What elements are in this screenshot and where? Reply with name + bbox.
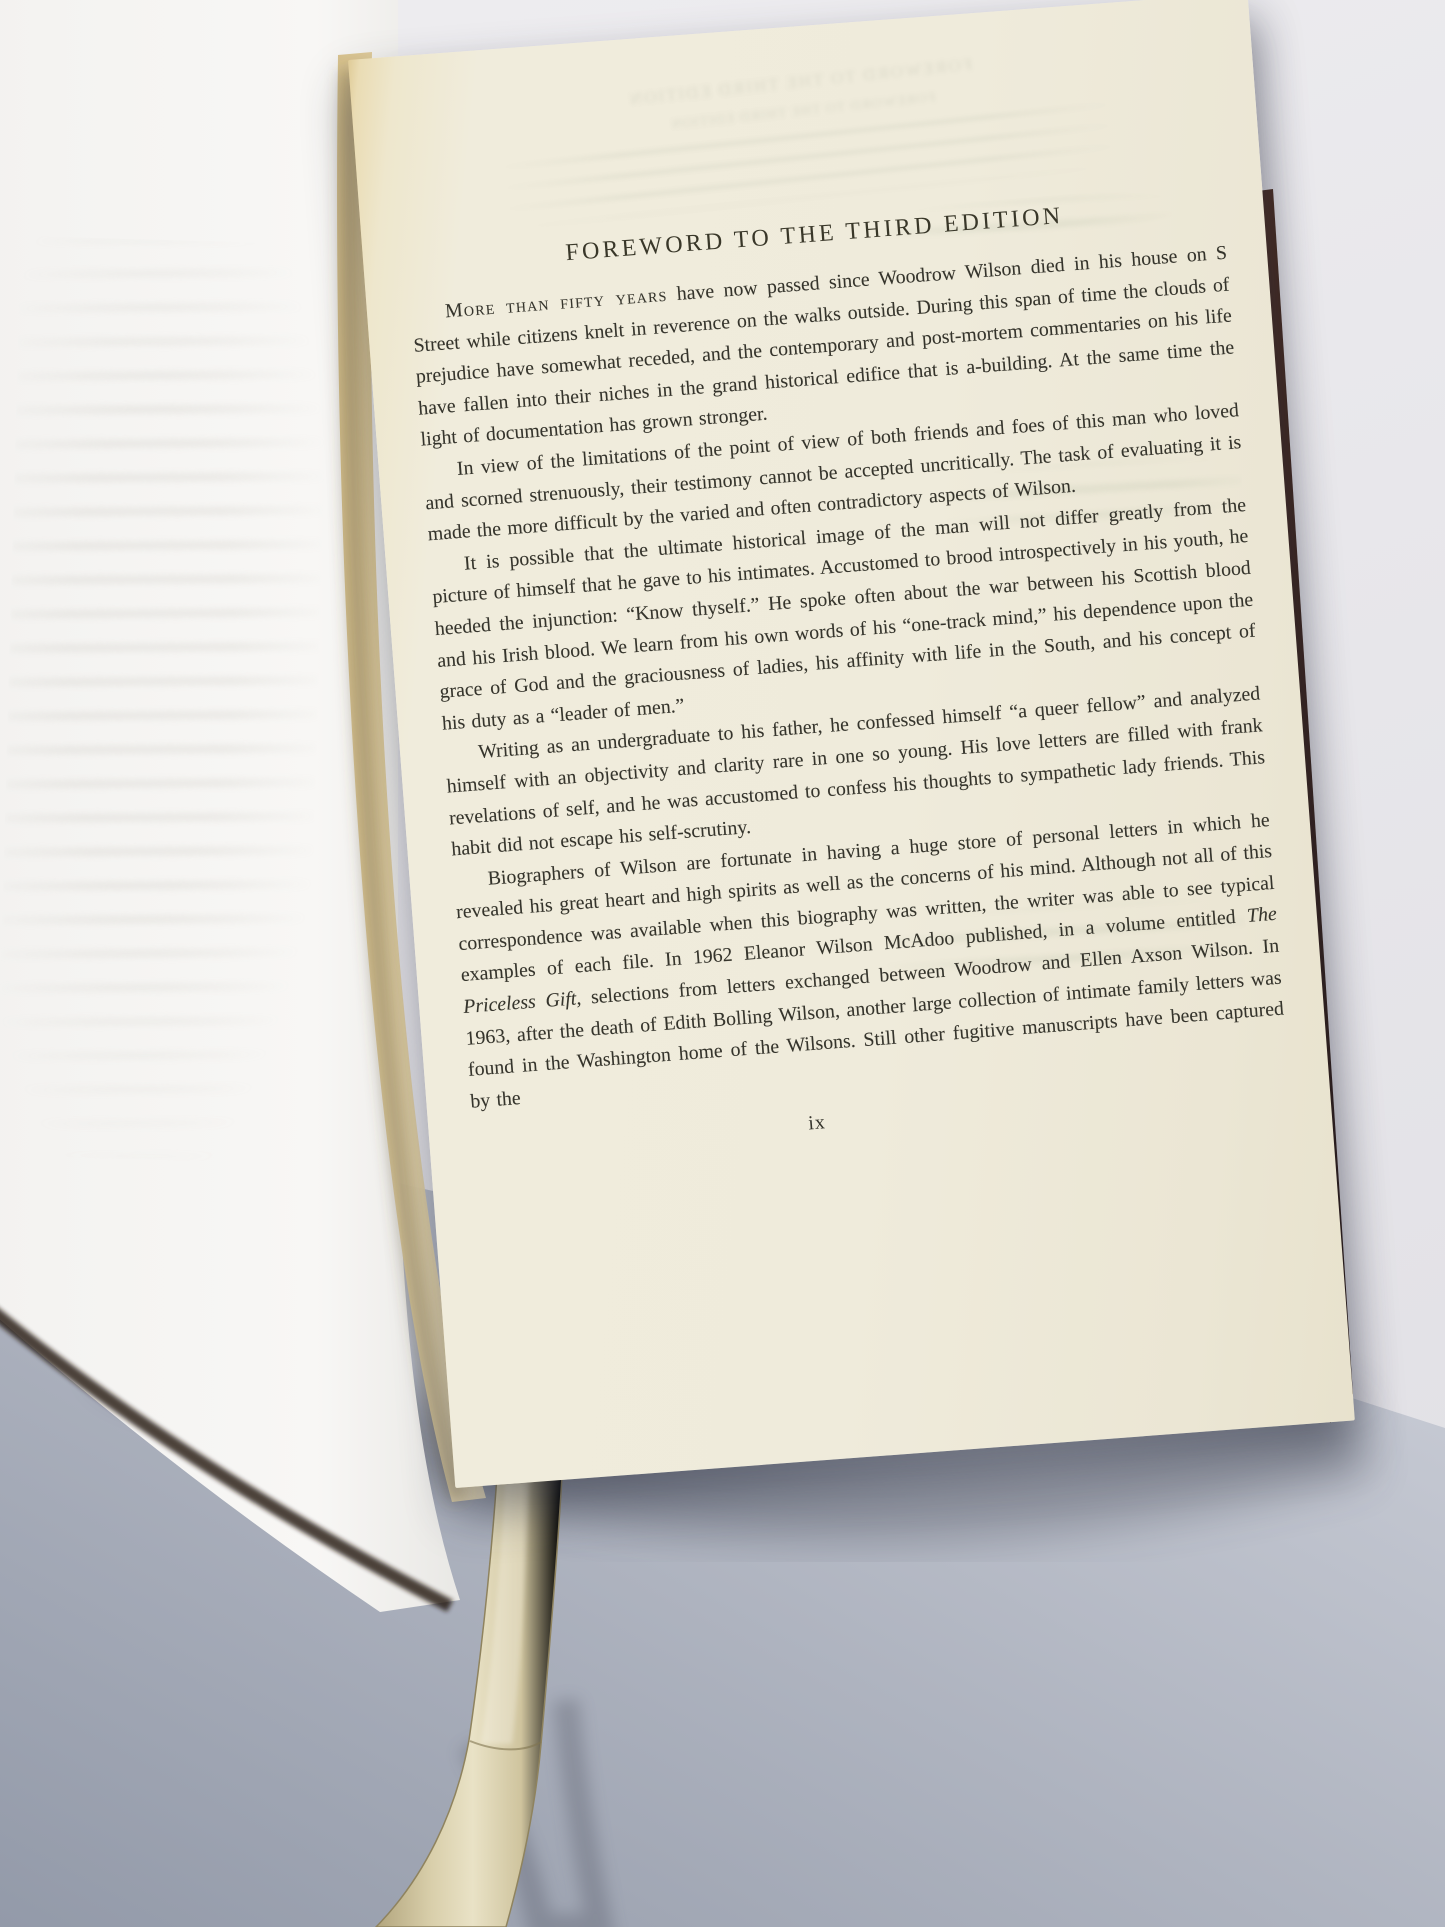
page-content: FOREWORD TO THE THIRD EDITION More than … xyxy=(348,0,1355,1488)
body-text: More than fifty years have now passed si… xyxy=(410,238,1287,1118)
left-page-showthrough xyxy=(0,236,331,1164)
book-photo: FOREWORD TO THE THIRD EDITION FOREWORD T… xyxy=(0,0,1445,1927)
book-page: FOREWORD TO THE THIRD EDITION FOREWORD T… xyxy=(348,0,1355,1488)
text-segment: More than fifty years xyxy=(444,284,668,323)
